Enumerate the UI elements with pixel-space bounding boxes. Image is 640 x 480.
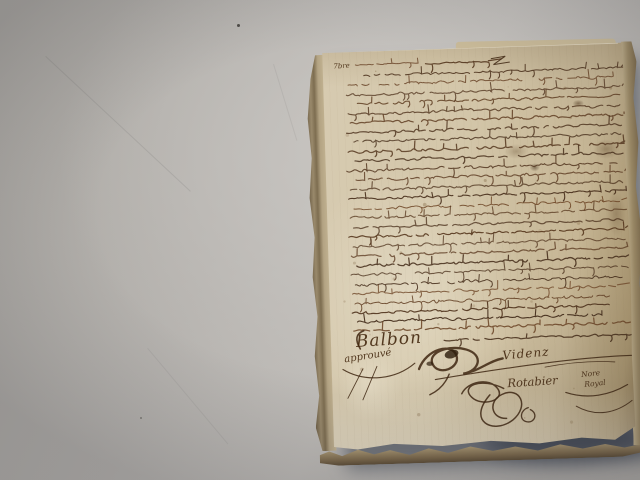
handwritten-line [350, 174, 623, 199]
foxing-spot [508, 86, 509, 87]
signature-notary-title: Nore [580, 368, 601, 379]
foxing-spot [524, 417, 526, 419]
signature-notary-title2: Royal [583, 378, 607, 389]
foxing-spot [570, 420, 573, 423]
marginal-note: 7bre [333, 62, 350, 71]
handwritten-line [353, 229, 626, 256]
handwritten-line [355, 58, 418, 69]
signature-flourish [343, 363, 415, 379]
foxing-spot [573, 388, 575, 390]
signature-witness: Videnz [502, 345, 550, 363]
signature-flourish [347, 366, 378, 400]
handwritten-line [356, 249, 628, 274]
signature-flourish [461, 381, 504, 403]
handwritten-line [346, 78, 623, 105]
foxing-spot [423, 203, 427, 207]
signature-approval: approuvé [344, 347, 393, 365]
top-page: 7bre Balbon approuvé Videnz Rotabier [321, 42, 636, 451]
handwritten-line [348, 99, 620, 121]
surface-scratch [147, 348, 228, 444]
foxing-spot [375, 71, 377, 73]
photo-background: 7bre Balbon approuvé Videnz Rotabier [0, 0, 640, 480]
handwritten-line [355, 270, 622, 294]
handwritten-line [349, 222, 628, 246]
signature-notary: Rotabier [506, 373, 560, 390]
signature-flourish [576, 400, 632, 413]
foxing-spot [472, 304, 475, 307]
foxing-spot [353, 262, 356, 265]
foxing-spot [484, 179, 487, 182]
foxing-spot [437, 323, 439, 325]
handwritten-line [350, 107, 624, 129]
dust-speck [140, 417, 142, 419]
handwritten-line [444, 331, 633, 347]
dust-speck [237, 24, 240, 27]
foxing-spot [530, 300, 533, 303]
handwritten-line [353, 211, 623, 235]
handwritten-line [357, 306, 602, 324]
signature-flourish [480, 392, 522, 427]
foxing-spot [563, 87, 566, 90]
manuscript-stack: 7bre Balbon approuvé Videnz Rotabier [321, 42, 636, 451]
foxing-spot [343, 300, 345, 302]
surface-scratch [273, 64, 297, 141]
handwriting-svg: 7bre Balbon approuvé Videnz Rotabier [321, 42, 636, 451]
surface-scratch [45, 56, 190, 192]
signature-flourish [521, 407, 535, 422]
foxing-spot [417, 413, 420, 416]
